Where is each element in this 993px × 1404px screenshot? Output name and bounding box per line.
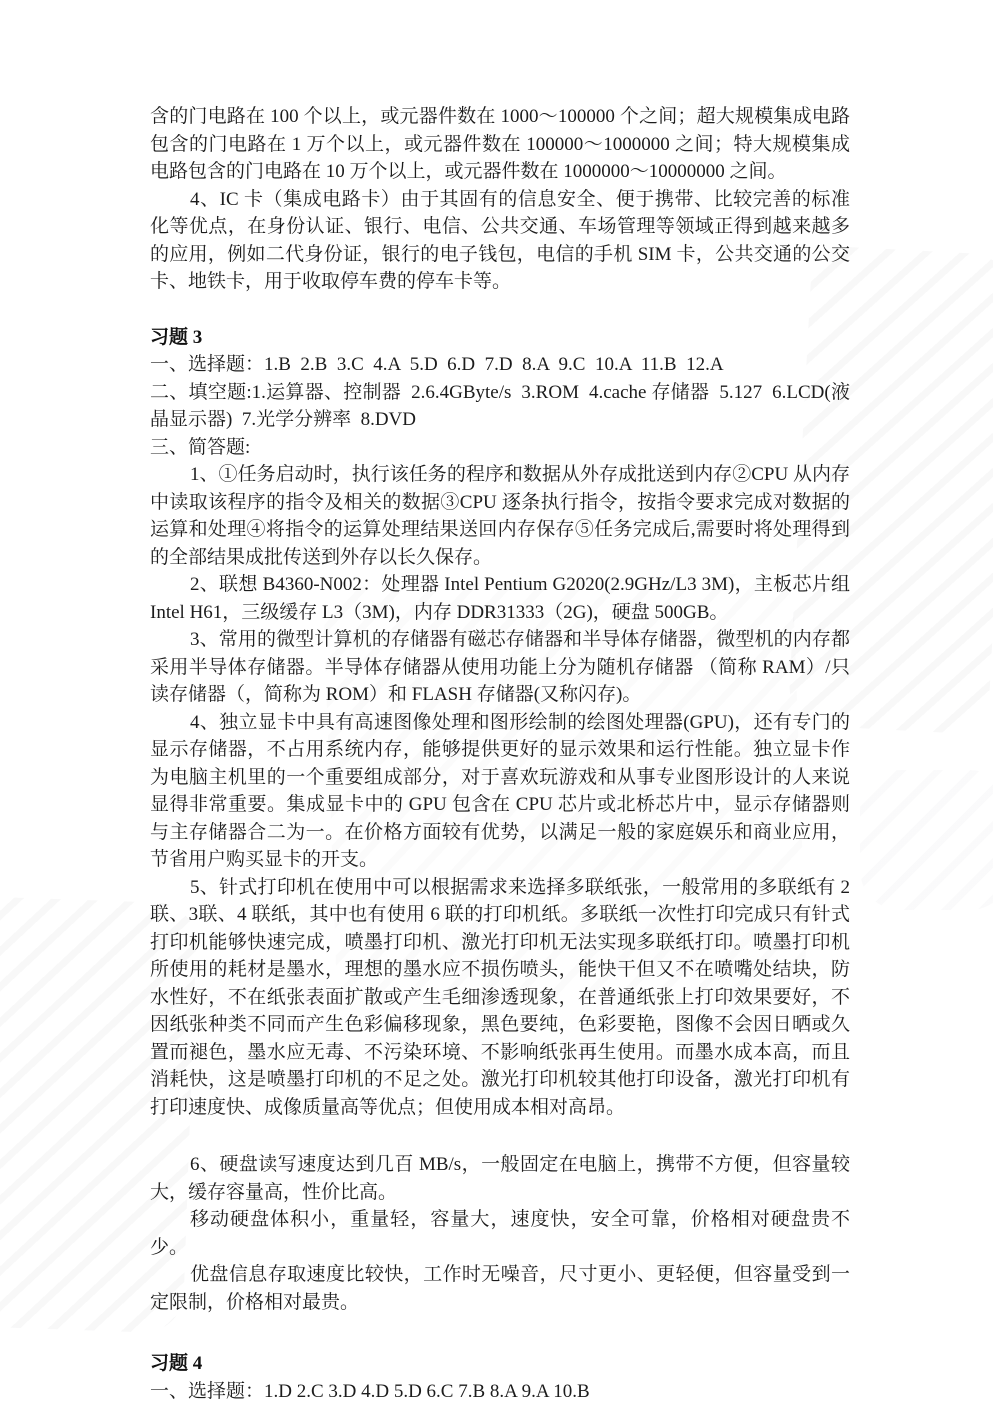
section-heading-exercise-4: 习题 4 [150,1350,850,1378]
document-page: 含的门电路在 100 个以上，或元器件数在 1000～100000 个之间；超大… [0,0,993,1404]
paragraph-ic-scale-continuation: 含的门电路在 100 个以上，或元器件数在 1000～100000 个之间；超大… [150,103,850,186]
watermark-streaks-right-lower [860,770,993,910]
short-answer-3-memory-types: 3、常用的微型计算机的存储器有磁芯存储器和半导体存储器，微型机的内存都采用半导体… [150,626,850,709]
short-answer-6-hard-disk: 6、硬盘读写速度达到几百 MB/s，一般固定在电脑上，携带不方便，但容量较大，缓… [150,1151,850,1206]
short-answer-4-graphics-cards: 4、独立显卡中具有高速图像处理和图形绘制的绘图处理器(GPU)，还有专门的显示存… [150,709,850,874]
section-heading-exercise-3: 习题 3 [150,324,850,352]
short-answer-5-printers: 5、针式打印机在使用中可以根据需求来选择多联纸张，一般常用的多联纸有 2 联、3… [150,874,850,1122]
exercise3-short-answer-label: 三、简答题: [150,434,850,462]
exercise3-fill-in-blank-answers: 二、填空题:1.运算器、控制器 2.6.4GByte/s 3.ROM 4.cac… [150,379,850,434]
document-body: 含的门电路在 100 个以上，或元器件数在 1000～100000 个之间；超大… [150,103,850,1404]
short-answer-6-mobile-disk: 移动硬盘体积小，重量轻，容量大，速度快，安全可靠，价格相对硬盘贵不少。 [150,1206,850,1261]
exercise4-multiple-choice-answers: 一、选择题：1.D 2.C 3.D 4.D 5.D 6.C 7.B 8.A 9.… [150,1378,850,1404]
short-answer-1-task-execution: 1、①任务启动时，执行该任务的程序和数据从外存成批送到内存②CPU 从内存中读取… [150,461,850,571]
short-answer-2-lenovo-specs: 2、联想 B4360-N002：处理器 Intel Pentium G2020(… [150,571,850,626]
short-answer-6-usb-drive: 优盘信息存取速度比较快，工作时无噪音，尺寸更小、更轻便，但容量受到一定限制，价格… [150,1261,850,1316]
exercise3-multiple-choice-answers: 一、选择题：1.B 2.B 3.C 4.A 5.D 6.D 7.D 8.A 9.… [150,351,850,379]
paragraph-ic-card: 4、IC 卡（集成电路卡）由于其固有的信息安全、便于携带、比较完善的标准化等优点… [150,186,850,296]
